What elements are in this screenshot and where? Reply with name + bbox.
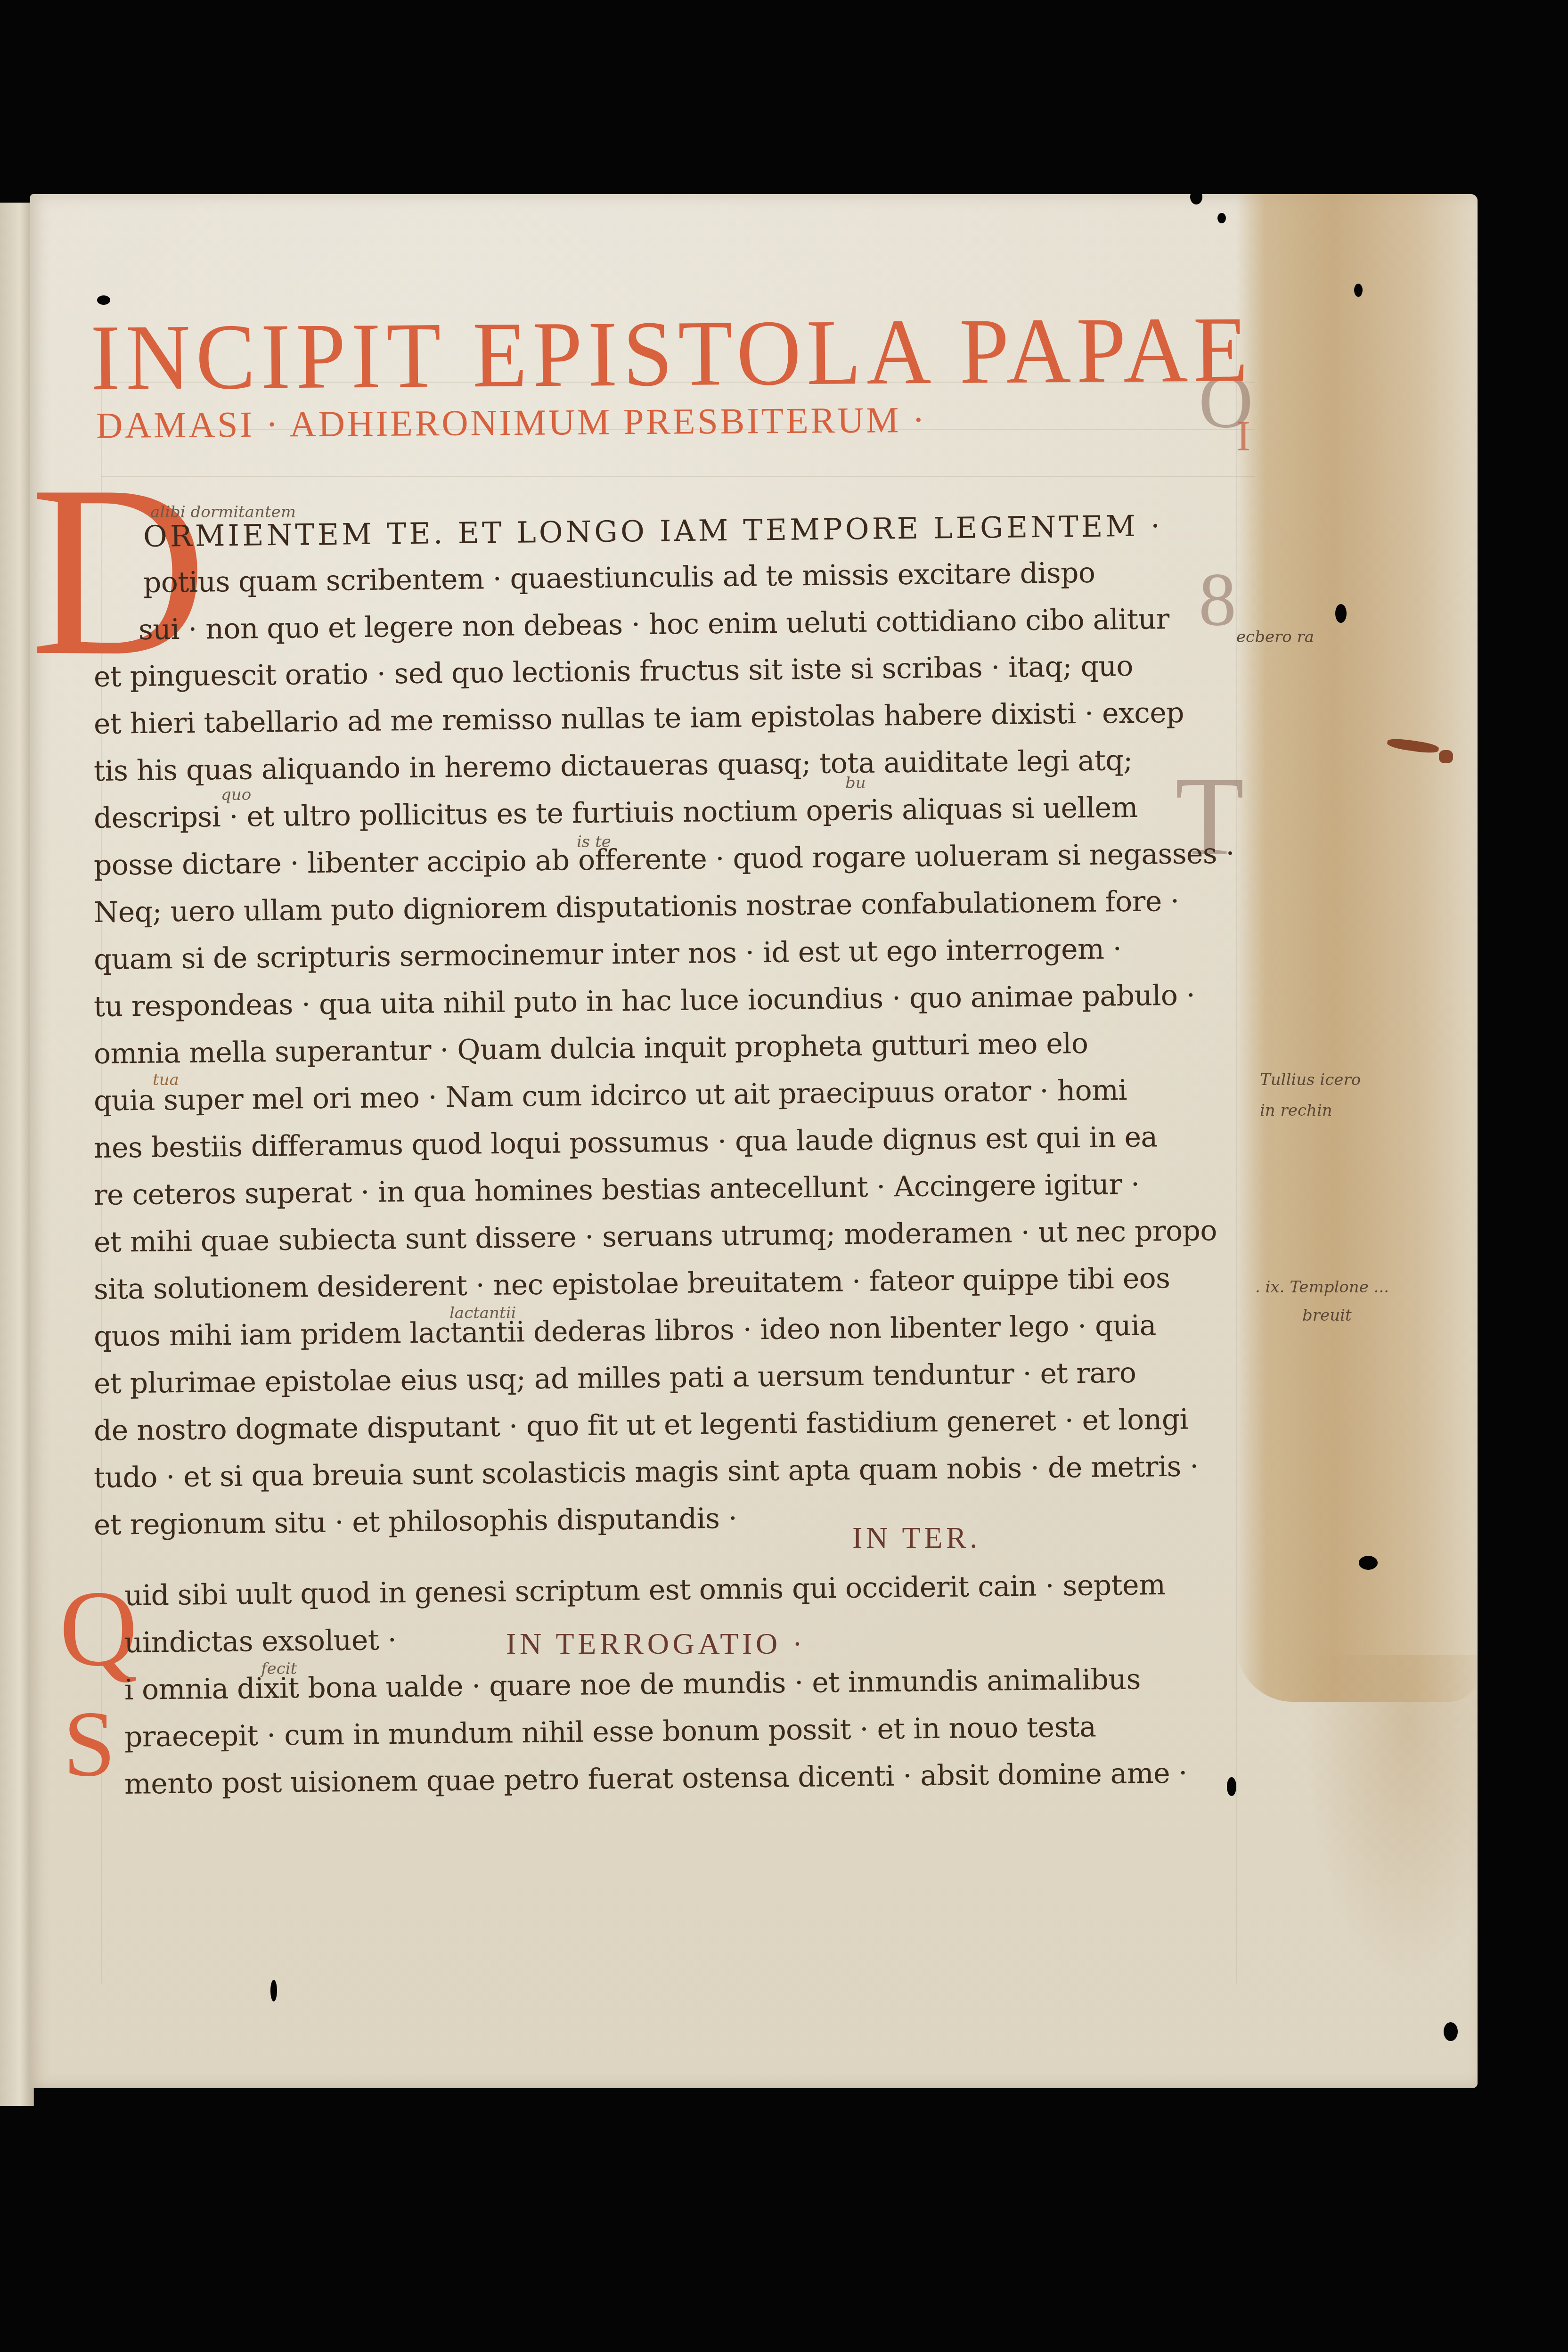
text-line: quia super mel ori meo · Nam cum idcirco… bbox=[94, 1074, 1127, 1118]
text-line: omnia mella superantur · Quam dulcia inq… bbox=[94, 1027, 1088, 1070]
margin-note: . ix. Templone ... bbox=[1255, 1278, 1389, 1297]
question-line: uindictas exsoluet · bbox=[124, 1624, 397, 1659]
wormhole bbox=[1335, 604, 1347, 623]
answer-line: praecepit · cum in mundum nihil esse bon… bbox=[124, 1710, 1096, 1754]
section-label-inter: IN TER. bbox=[852, 1520, 981, 1555]
text-line: et hieri tabellario ad me remisso nullas… bbox=[94, 696, 1184, 741]
wormhole bbox=[270, 1980, 277, 2001]
rubric-title-line-1: INCIPIT EPISTOLA PAPAE bbox=[90, 296, 1254, 412]
water-stain-lower bbox=[1302, 1655, 1478, 1984]
section-label-interrogatio: IN TERROGATIO · bbox=[506, 1626, 806, 1661]
text-line: ORMIENTEM TE. ET LONGO IAM TEMPORE LEGEN… bbox=[143, 508, 1163, 554]
initial-S: S bbox=[63, 1697, 115, 1791]
text-line: et plurimae epistolae eius usq; ad mille… bbox=[94, 1356, 1136, 1400]
text-line: posse dictare · libenter accipio ab offe… bbox=[94, 837, 1235, 882]
wormhole bbox=[1354, 284, 1363, 297]
question-line: uid sibi uult quod in genesi scriptum es… bbox=[124, 1568, 1166, 1612]
text-line: et regionum situ · et philosophis disput… bbox=[94, 1502, 737, 1542]
margin-note: ecbero ra bbox=[1236, 628, 1314, 646]
wormhole bbox=[1227, 1777, 1236, 1796]
wormhole bbox=[1444, 2022, 1458, 2041]
wormhole bbox=[1190, 189, 1202, 204]
text-line: quos mihi iam pridem lactantii dederas l… bbox=[94, 1309, 1156, 1353]
manuscript-page: O 8 T I INCIPIT EPISTOLA PAPAE DAMASI · … bbox=[30, 194, 1478, 2088]
text-line: de nostro dogmate disputant · quo fit ut… bbox=[94, 1403, 1189, 1447]
text-line: sita solutionem desiderent · nec epistol… bbox=[94, 1262, 1170, 1306]
text-line: et pinguescit oratio · sed quo lectionis… bbox=[94, 650, 1134, 694]
rust-stain bbox=[1439, 750, 1453, 763]
show-through-letter-red: I bbox=[1236, 416, 1250, 458]
text-line: tudo · et si qua breuia sunt scolasticis… bbox=[94, 1450, 1199, 1494]
wormhole bbox=[97, 295, 110, 305]
water-stain-right-margin bbox=[1236, 194, 1478, 1702]
margin-note: Tullius icero bbox=[1260, 1070, 1361, 1089]
margin-note: breuit bbox=[1302, 1306, 1352, 1325]
ruling-line bbox=[101, 476, 1255, 477]
interlinear-gloss: bu bbox=[845, 774, 866, 792]
text-line: sui · non quo et legere non debeas · hoc… bbox=[139, 603, 1169, 646]
text-line: quam si de scripturis sermocinemur inter… bbox=[94, 932, 1122, 976]
text-line: potius quam scribentem · quaestiunculis … bbox=[143, 556, 1095, 599]
text-line: re ceteros superat · in qua homines best… bbox=[94, 1168, 1140, 1212]
rubric-title-line-2: DAMASI · ADHIERONIMUM PRESBITERUM · bbox=[96, 399, 927, 447]
text-line: tu respondeas · qua uita nihil puto in h… bbox=[94, 979, 1195, 1023]
text-line: nes bestiis differamus quod loqui possum… bbox=[94, 1120, 1158, 1165]
text-line: Neq; uero ullam puto digniorem disputati… bbox=[94, 885, 1179, 929]
margin-note: in rechin bbox=[1260, 1101, 1332, 1120]
wormhole bbox=[1359, 1556, 1378, 1570]
answer-line: mento post uisionem quae petro fuerat os… bbox=[124, 1756, 1188, 1801]
text-line: et mihi quae subiecta sunt dissere · ser… bbox=[94, 1214, 1217, 1259]
show-through-letter: 8 bbox=[1199, 562, 1236, 637]
ruling-margin-right bbox=[1236, 335, 1237, 1984]
wormhole bbox=[1217, 213, 1226, 223]
text-line: tis his quas aliquando in heremo dictaue… bbox=[94, 744, 1133, 788]
facing-page-edge bbox=[0, 203, 34, 2106]
